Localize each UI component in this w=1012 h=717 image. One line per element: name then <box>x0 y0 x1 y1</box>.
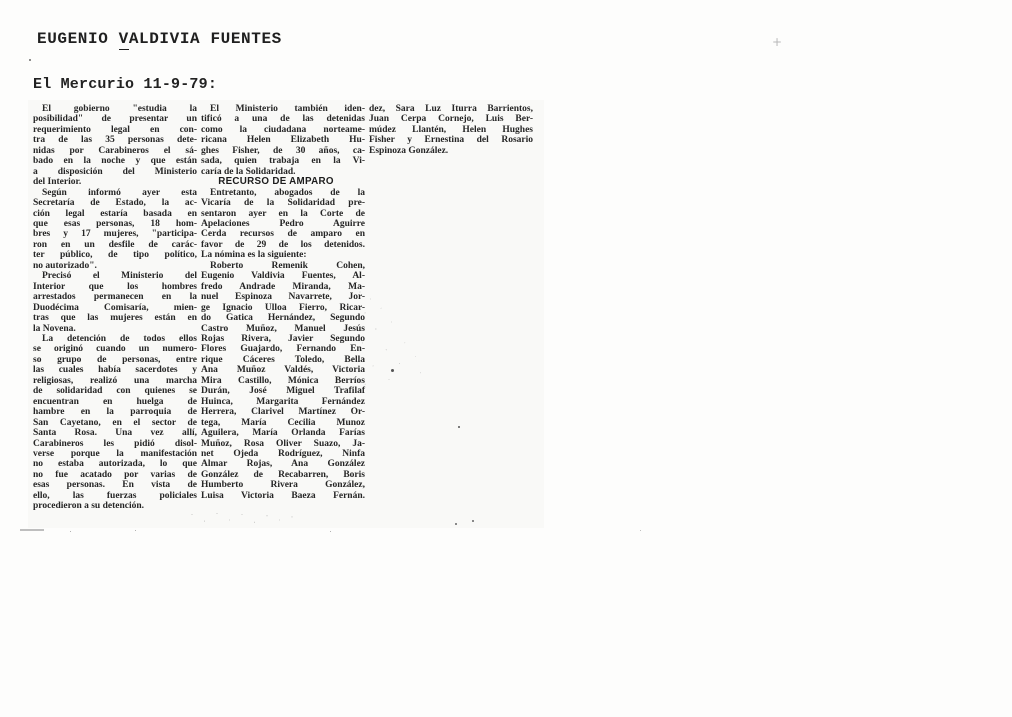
article-line: net Ojeda Rodríguez, Ninfa <box>201 449 365 459</box>
article-line: so grupo de personas, entre <box>33 355 197 365</box>
scanned-document-page: EUGENIO VALDIVIA FUENTES El Mercurio 11-… <box>0 0 1012 717</box>
article-line: Eugenio Valdivia Fuentes, Al- <box>201 271 365 281</box>
article-line: Flores Guajardo, Fernando En- <box>201 344 365 354</box>
article-line: González de Recabarren, Boris <box>201 470 365 480</box>
article-line: Luisa Victoria Baeza Fernán. <box>201 491 365 501</box>
article-line: Espinoza González. <box>369 146 533 156</box>
scan-dash <box>20 529 44 531</box>
article-line: encuentran en huelga de <box>33 397 197 407</box>
title-underlined-letter: V <box>119 30 129 50</box>
article-line: Herrera, Clarivel Martínez Or- <box>201 407 365 417</box>
article-line: hambre en la parroquia de <box>33 407 197 417</box>
article-line: requerimiento legal en con- <box>33 125 197 135</box>
article-line: bres y 17 mujeres, "participa- <box>33 229 197 239</box>
article-line: Precisó el Ministerio del <box>33 271 197 281</box>
article-line: El Ministerio también iden- <box>201 104 365 114</box>
document-title: EUGENIO VALDIVIA FUENTES <box>37 30 282 48</box>
article-line: Rojas Rivera, Javier Segundo <box>201 334 365 344</box>
article-line: Santa Rosa. Una vez allí, <box>33 428 197 438</box>
article-line: bado en la noche y que están <box>33 156 197 166</box>
article-line: esas personas. En vista de <box>33 480 197 490</box>
article-line: de solidaridad con quienes se <box>33 386 197 396</box>
scan-speck <box>135 530 136 531</box>
article-line: no fue acatado por varias de <box>33 470 197 480</box>
article-line: Apelaciones Pedro Aguirre <box>201 219 365 229</box>
article-line: Aguilera, María Orlanda Farías <box>201 428 365 438</box>
article-line: Ana Muñoz Valdés, Victoria <box>201 365 365 375</box>
article-line: ge Ignacio Ulloa Fierro, Ricar- <box>201 303 365 313</box>
article-line: Durán, José Miguel Trafilaf <box>201 386 365 396</box>
article-line: Mira Castillo, Mónica Berríos <box>201 376 365 386</box>
article-line: religiosas, realizó una marcha <box>33 376 197 386</box>
article-line: ello, las fuerzas policiales <box>33 491 197 501</box>
article-line: se originó cuando un numero- <box>33 344 197 354</box>
article-column-2: El Ministerio también iden-tificó a una … <box>201 104 365 501</box>
article-line: Cerda recursos de amparo en <box>201 229 365 239</box>
article-line: del Interior. <box>33 177 197 187</box>
article-line: arrestados permanecen en la <box>33 292 197 302</box>
newspaper-clipping: El gobierno "estudia laposibilidad" de p… <box>28 100 544 528</box>
article-line: dez, Sara Luz Iturra Barrientos, <box>369 104 533 114</box>
article-column-1: El gobierno "estudia laposibilidad" de p… <box>33 104 197 512</box>
scan-speck <box>330 531 331 532</box>
article-line: Interior que los hombres <box>33 282 197 292</box>
article-line: La detención de todos ellos <box>33 334 197 344</box>
article-line: fredo Andrade Miranda, Ma- <box>201 282 365 292</box>
article-column-3: dez, Sara Luz Iturra Barrientos,Juan Cer… <box>369 104 533 156</box>
article-line: Muñoz, Rosa Oliver Suazo, Ja- <box>201 439 365 449</box>
article-line: posibilidad" de presentar un <box>33 114 197 124</box>
article-line: no autorizado". <box>33 261 197 271</box>
article-line: ción legal estaría basada en <box>33 209 197 219</box>
article-line: favor de 29 de los detenidos. <box>201 240 365 250</box>
article-line: Almar Rojas, Ana González <box>201 459 365 469</box>
article-line: verse porque la manifestación <box>33 449 197 459</box>
article-line: procedieron a su detención. <box>33 501 197 511</box>
article-line: ron en un desfile de carác- <box>33 240 197 250</box>
title-text-post: ALDIVIA FUENTES <box>129 30 282 48</box>
article-line: múdez Llantén, Helen Hughes <box>369 125 533 135</box>
title-text-pre: EUGENIO <box>37 30 119 48</box>
article-line: Fisher y Ernestina del Rosario <box>369 135 533 145</box>
article-line: Carabineros les pidió disol- <box>33 439 197 449</box>
scan-speck <box>29 59 31 61</box>
article-line: rique Cáceres Toledo, Bella <box>201 355 365 365</box>
source-citation: El Mercurio 11-9-79: <box>33 76 217 93</box>
article-line: Entretanto, abogados de la <box>201 188 365 198</box>
article-line: El gobierno "estudia la <box>33 104 197 114</box>
article-line: La nómina es la siguiente: <box>201 250 365 260</box>
article-line: las cuales había sacerdotes y <box>33 365 197 375</box>
article-line: nuel Espinoza Navarrete, Jor- <box>201 292 365 302</box>
article-line: do Gatica Hernández, Segundo <box>201 313 365 323</box>
article-line: Secretaría de Estado, la ac- <box>33 198 197 208</box>
article-line: como la ciudadana norteame- <box>201 125 365 135</box>
article-line: Juan Cerpa Cornejo, Luis Ber- <box>369 114 533 124</box>
article-line: Humberto Rivera González, <box>201 480 365 490</box>
registration-mark: + <box>772 35 782 49</box>
article-line: tega, María Cecilia Munoz <box>201 418 365 428</box>
article-line: tras que las mujeres están en <box>33 313 197 323</box>
article-line: sentaron ayer en la Corte de <box>201 209 365 219</box>
article-line: Según informó ayer esta <box>33 188 197 198</box>
scan-speck <box>640 530 641 531</box>
article-line: a disposición del Ministerio <box>33 167 197 177</box>
article-line: sada, quien trabaja en la Vi- <box>201 156 365 166</box>
article-line: no estaba autorizada, lo que <box>33 459 197 469</box>
article-line: Duodécima Comisaría, mien- <box>33 303 197 313</box>
article-line: ter público, de tipo político, <box>33 250 197 260</box>
article-line: ricana Helen Elizabeth Hu- <box>201 135 365 145</box>
article-line: San Cayetano, en el sector de <box>33 418 197 428</box>
article-line: Castro Muñoz, Manuel Jesús <box>201 324 365 334</box>
article-line: Roberto Remenik Cohen, <box>201 261 365 271</box>
article-line: la Novena. <box>33 324 197 334</box>
article-line: que esas personas, 18 hom- <box>33 219 197 229</box>
article-line: Vicaría de la Solidaridad pre- <box>201 198 365 208</box>
scan-speck <box>70 531 71 532</box>
article-line: ghes Fisher, de 30 años, ca- <box>201 146 365 156</box>
article-line: Huinca, Margarita Fernández <box>201 397 365 407</box>
article-line: tificó a una de las detenidas <box>201 114 365 124</box>
article-line: nidas por Carabineros el sá- <box>33 146 197 156</box>
section-subhead: RECURSO DE AMPARO <box>201 177 365 187</box>
article-line: tra de las 35 personas dete- <box>33 135 197 145</box>
